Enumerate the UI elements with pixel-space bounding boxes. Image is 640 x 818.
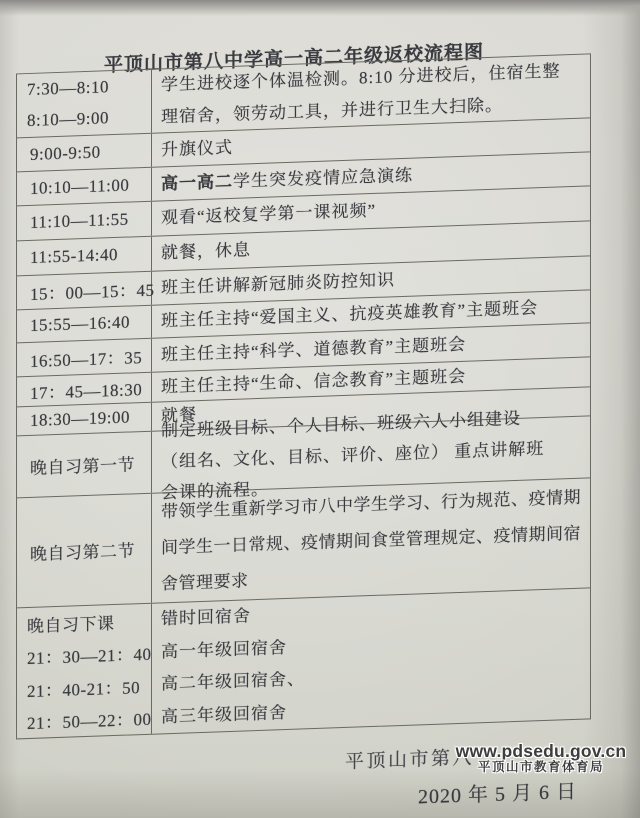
time-cell: 晚自习第一节 bbox=[17, 432, 152, 498]
time-label: 18:30—19:00 bbox=[30, 407, 151, 431]
time-cell: 15:55—16:40 bbox=[17, 306, 152, 343]
time-label: 15:55—16:40 bbox=[30, 312, 151, 336]
time-label: 11:55-14:40 bbox=[30, 244, 151, 268]
time-cell: 18:30—19:00 bbox=[17, 403, 152, 436]
time-label: 21：30—21：40 bbox=[27, 640, 151, 669]
time-label: 16:50—17：35 bbox=[30, 343, 151, 372]
time-label: 7:30—8:10 bbox=[27, 75, 151, 99]
activity-text: 带领学生重新学习市八中学生学习、行为规范、疫情期间学生一日常规、疫情期间食堂管理… bbox=[161, 479, 584, 602]
footer-date: 2020 年 5 月 6 日 bbox=[418, 775, 577, 810]
time-label: 15：00—15：45 bbox=[30, 276, 151, 305]
time-cell: 晚自习第二节 bbox=[17, 494, 152, 608]
time-label: 8:10—9:00 bbox=[27, 107, 151, 131]
time-label: 10:10—11:00 bbox=[30, 174, 151, 198]
time-cell: 晚自习下课 21：30—21：40 21：40-21：50 21：50—22：0… bbox=[17, 604, 152, 739]
activity-cell: 带领学生重新学习市八中学生学习、行为规范、疫情期间学生一日常规、疫情期间食堂管理… bbox=[152, 478, 590, 602]
time-cell: 11:55-14:40 bbox=[17, 237, 152, 276]
time-cell: 17：45—18:30 bbox=[17, 373, 152, 407]
time-cell: 11:10—11:55 bbox=[17, 202, 152, 241]
activity-cell: 错时回宿舍 高一年级回宿舍 高二年级回宿舍、 高三年级回宿舍 bbox=[152, 588, 590, 733]
time-label: 21：50—22：00 bbox=[27, 705, 151, 734]
activity-text-bold: 高一高二 bbox=[161, 171, 233, 193]
time-label: 17：45—18:30 bbox=[30, 375, 151, 404]
time-label: 9:00-9:50 bbox=[30, 140, 151, 164]
schedule-row: 晚自习下课 21：30—21：40 21：40-21：50 21：50—22：0… bbox=[17, 588, 590, 738]
watermark: www.pdsedu.gov.cn 平顶山市教育体育局 bbox=[443, 742, 639, 775]
activity-text-rest: 学生突发疫情应急演练 bbox=[233, 165, 413, 190]
paper-sheet: 平顶山市第八中学高一高二年级返校流程图 7:30—8:10 8:10—9:00 … bbox=[0, 0, 640, 818]
watermark-agency: 平顶山市教育体育局 bbox=[443, 760, 639, 775]
time-label: 晚自习下课 bbox=[27, 607, 151, 636]
time-cell: 9:00-9:50 bbox=[17, 134, 152, 172]
watermark-url: www.pdsedu.gov.cn bbox=[443, 742, 639, 760]
time-cell: 15：00—15：45 bbox=[17, 272, 152, 310]
schedule-table: 7:30—8:10 8:10—9:00 学生进校逐个体温检测。8:10 分进校后… bbox=[16, 53, 591, 739]
time-label: 11:10—11:55 bbox=[30, 209, 151, 233]
time-cell: 10:10—11:00 bbox=[17, 168, 152, 206]
time-cell: 7:30—8:10 8:10—9:00 bbox=[17, 70, 152, 138]
time-label: 晚自习第一节 bbox=[30, 450, 151, 479]
schedule-row: 晚自习第二节 带领学生重新学习市八中学生学习、行为规范、疫情期间学生一日常规、疫… bbox=[17, 478, 590, 608]
time-cell: 16:50—17：35 bbox=[17, 339, 152, 377]
photo-frame: 平顶山市第八中学高一高二年级返校流程图 7:30—8:10 8:10—9:00 … bbox=[0, 0, 640, 818]
time-label: 晚自习第二节 bbox=[30, 536, 151, 565]
time-label: 21：40-21：50 bbox=[27, 672, 151, 701]
